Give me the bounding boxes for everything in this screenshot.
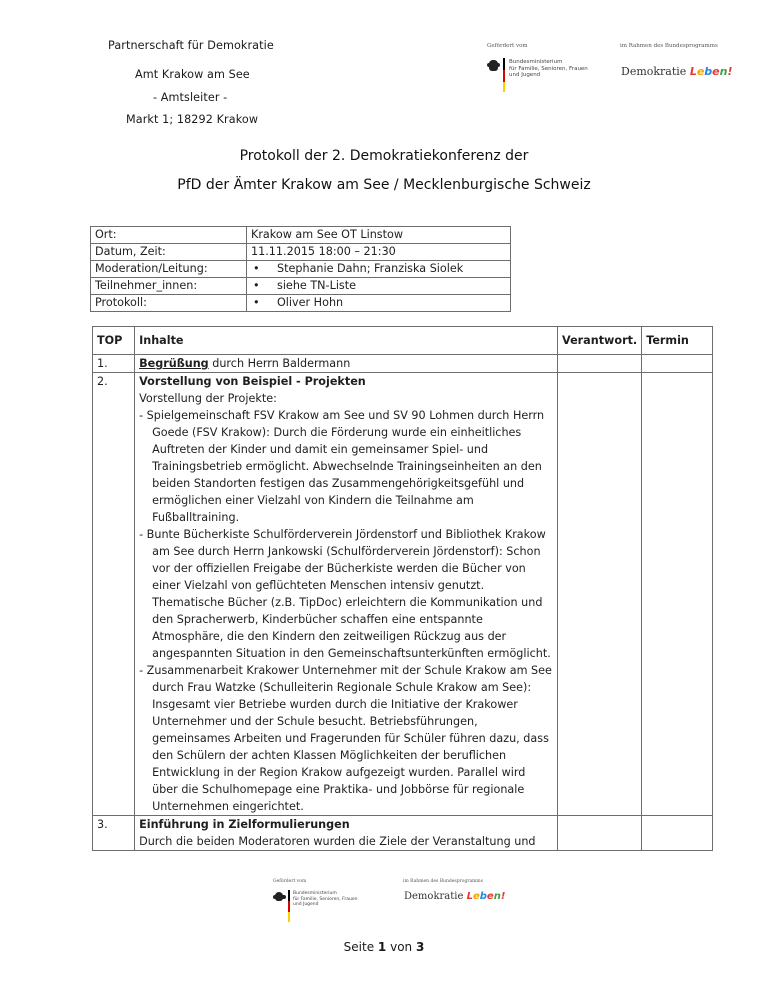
info-value: siehe TN-Liste: [277, 279, 356, 292]
info-value-cell: •Stephanie Dahn; Franziska Siolek: [247, 261, 511, 278]
header-content: Inhalte: [135, 327, 558, 355]
agenda-deadline: [642, 355, 713, 373]
project-item: - Spielgemeinschaft FSV Krakow am See un…: [139, 407, 553, 526]
agenda-intro: Vorstellung der Projekte:: [139, 390, 553, 407]
program-word: Demokratie: [404, 891, 463, 902]
flag-stripe-gold: [288, 912, 290, 922]
page-mid: von: [386, 940, 416, 954]
agenda-top-number: 1.: [93, 355, 135, 373]
info-value-cell: •siehe TN-Liste: [247, 278, 511, 295]
letterhead-role: - Amtsleiter -: [153, 91, 227, 104]
agenda-table: TOP Inhalte Verantwort. Termin 1. Begrüß…: [92, 326, 713, 851]
demokratie-leben-logo: Demokratie Leben!: [621, 65, 733, 78]
leben-word: Leben!: [690, 65, 733, 78]
agenda-deadline: [642, 373, 713, 816]
document-title-line2: PfD der Ämter Krakow am See / Mecklenbur…: [0, 177, 768, 193]
meeting-info-table: Ort:Krakow am See OT LinstowDatum, Zeit:…: [90, 226, 511, 312]
bullet-icon: •: [251, 295, 277, 311]
info-row: Protokoll:•Oliver Hohn: [91, 295, 511, 312]
bullet-icon: •: [251, 261, 277, 277]
demokratie-leben-logo: Demokratie Leben!: [404, 891, 505, 902]
info-value: Oliver Hohn: [277, 296, 343, 309]
leben-letter: b: [704, 65, 712, 78]
agenda-content: Vorstellung von Beispiel - Projekten Vor…: [135, 373, 558, 816]
federal-eagle-icon: [275, 892, 283, 901]
info-row: Datum, Zeit:11.11.2015 18:00 – 21:30: [91, 244, 511, 261]
info-row: Moderation/Leitung:•Stephanie Dahn; Fran…: [91, 261, 511, 278]
leben-letter: e: [487, 891, 494, 902]
agenda-heading: Begrüßung: [139, 357, 209, 370]
header-responsible: Verantwort.: [558, 327, 642, 355]
leben-letter: e: [712, 65, 719, 78]
info-value-cell: Krakow am See OT Linstow: [247, 227, 511, 244]
agenda-responsible: [558, 373, 642, 816]
info-label: Moderation/Leitung:: [91, 261, 247, 278]
letterhead-org: Partnerschaft für Demokratie: [108, 39, 274, 52]
agenda-row: 3. Einführung in Zielformulierungen Durc…: [93, 816, 713, 851]
agenda-deadline: [642, 816, 713, 851]
leben-letter: !: [727, 65, 732, 78]
info-value-cell: •Oliver Hohn: [247, 295, 511, 312]
agenda-content: Einführung in Zielformulierungen Durch d…: [135, 816, 558, 851]
header-top: TOP: [93, 327, 135, 355]
agenda-responsible: [558, 816, 642, 851]
agenda-responsible: [558, 355, 642, 373]
program-word: Demokratie: [621, 65, 686, 78]
agenda-top-number: 3.: [93, 816, 135, 851]
bullet-icon: •: [251, 278, 277, 294]
agenda-heading: Vorstellung von Beispiel - Projekten: [139, 373, 553, 390]
leben-letter: !: [501, 891, 506, 902]
info-label: Datum, Zeit:: [91, 244, 247, 261]
ministry-name: Bundesministerium für Familie, Senioren,…: [293, 891, 357, 908]
flag-stripe-red: [288, 901, 290, 912]
leben-letter: e: [473, 891, 480, 902]
funded-by-caption: Gefördert vom: [273, 879, 306, 884]
info-value: 11.11.2015 18:00 – 21:30: [251, 245, 396, 258]
page-number: Seite 1 von 3: [0, 940, 768, 954]
page-prefix: Seite: [344, 940, 378, 954]
info-label: Teilnehmer_innen:: [91, 278, 247, 295]
program-caption: im Rahmen des Bundesprogramms: [403, 879, 483, 884]
agenda-text: Durch die beiden Moderatoren wurden die …: [139, 833, 553, 850]
agenda-header-row: TOP Inhalte Verantwort. Termin: [93, 327, 713, 355]
agenda-heading: Einführung in Zielformulierungen: [139, 816, 553, 833]
info-label: Protokoll:: [91, 295, 247, 312]
header-deadline: Termin: [642, 327, 713, 355]
federal-eagle-icon: [489, 60, 498, 71]
program-caption: im Rahmen des Bundesprogramms: [620, 43, 718, 49]
agenda-content: Begrüßung durch Herrn Baldermann: [135, 355, 558, 373]
letterhead-office: Amt Krakow am See: [135, 68, 250, 81]
leben-letter: b: [480, 891, 487, 902]
leben-letter: n: [494, 891, 501, 902]
agenda-heading-rest: durch Herrn Baldermann: [209, 357, 351, 370]
document-title-line1: Protokoll der 2. Demokratiekonferenz der: [0, 148, 768, 164]
info-value: Stephanie Dahn; Franziska Siolek: [277, 262, 463, 275]
ministry-line: und Jugend: [293, 902, 357, 908]
agenda-top-number: 2.: [93, 373, 135, 816]
leben-letter: L: [690, 65, 697, 78]
info-value: Krakow am See OT Linstow: [251, 228, 403, 241]
flag-stripe-red: [503, 70, 505, 82]
info-row: Ort:Krakow am See OT Linstow: [91, 227, 511, 244]
flag-stripe-gold: [503, 82, 505, 92]
info-value-cell: 11.11.2015 18:00 – 21:30: [247, 244, 511, 261]
funded-by-caption: Gefördert vom: [487, 43, 528, 49]
ministry-line: und Jugend: [509, 72, 588, 79]
project-item: - Bunte Bücherkiste Schulförderverein Jö…: [139, 526, 553, 662]
leben-word: Leben!: [467, 891, 506, 902]
flag-stripe-black: [503, 58, 505, 70]
info-label: Ort:: [91, 227, 247, 244]
info-row: Teilnehmer_innen:•siehe TN-Liste: [91, 278, 511, 295]
ministry-name: Bundesministerium für Familie, Senioren,…: [509, 59, 588, 79]
flag-stripe-black: [288, 890, 290, 901]
agenda-row: 1. Begrüßung durch Herrn Baldermann: [93, 355, 713, 373]
page-total: 3: [416, 940, 424, 954]
project-item: - Zusammenarbeit Krakower Unternehmer mi…: [139, 662, 553, 815]
letterhead-address: Markt 1; 18292 Krakow: [126, 113, 258, 126]
agenda-row: 2. Vorstellung von Beispiel - Projekten …: [93, 373, 713, 816]
